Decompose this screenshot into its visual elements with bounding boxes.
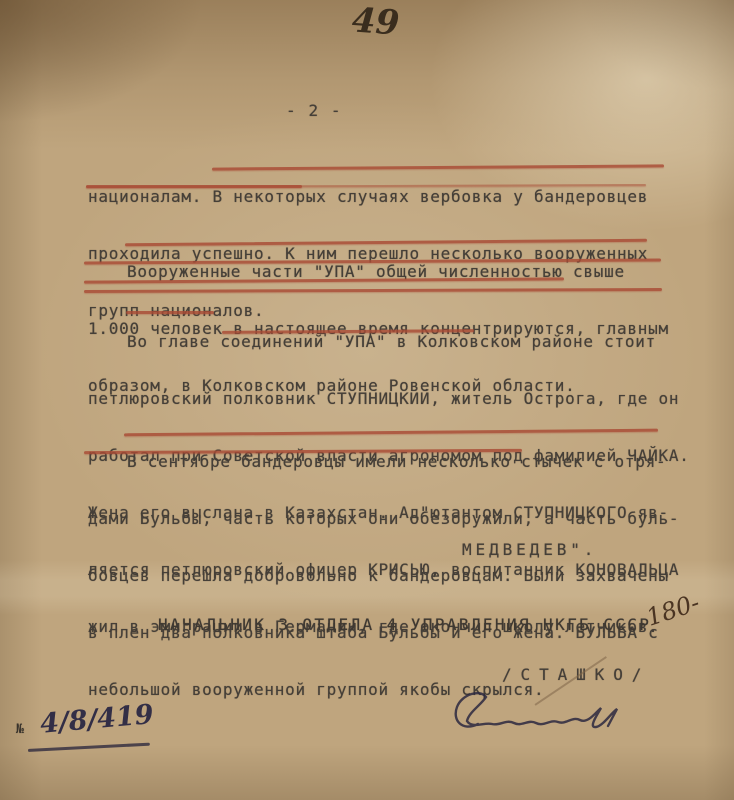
typed-line: петлюровский полковник СТУПНИЦКИЙ, жител…	[88, 389, 690, 408]
page-label: - 2 -	[286, 101, 342, 120]
closing-name: МЕДВЕДЕВ".	[462, 540, 597, 559]
typed-line: В сентябре бандеровцы имели несколько ст…	[88, 452, 679, 471]
red-underline-mark	[86, 185, 302, 188]
typed-line: дами Бульбы, часть которых они обезоружи…	[88, 509, 679, 528]
typed-line: Во главе соединений "УПА" в Колковском р…	[88, 332, 690, 351]
typed-line: националам. В некоторых случаях вербовка…	[88, 187, 648, 206]
red-underline-mark	[126, 311, 214, 314]
stashko-ink-signature	[448, 686, 633, 741]
document-photo: 49 - 2 - националам. В некоторых случаях…	[0, 0, 734, 800]
handwritten-page-number: 49	[351, 0, 401, 43]
doc-number-label: №	[16, 720, 25, 739]
official-title: НАЧАЛЬНИК 3 ОТДЕЛА 4 УПРАВЛЕНИЯ НКГБ ССС…	[158, 615, 651, 634]
typed-line: бовцев перешла добровольно к бандеровцам…	[88, 566, 679, 585]
doc-number-underline	[28, 743, 150, 752]
